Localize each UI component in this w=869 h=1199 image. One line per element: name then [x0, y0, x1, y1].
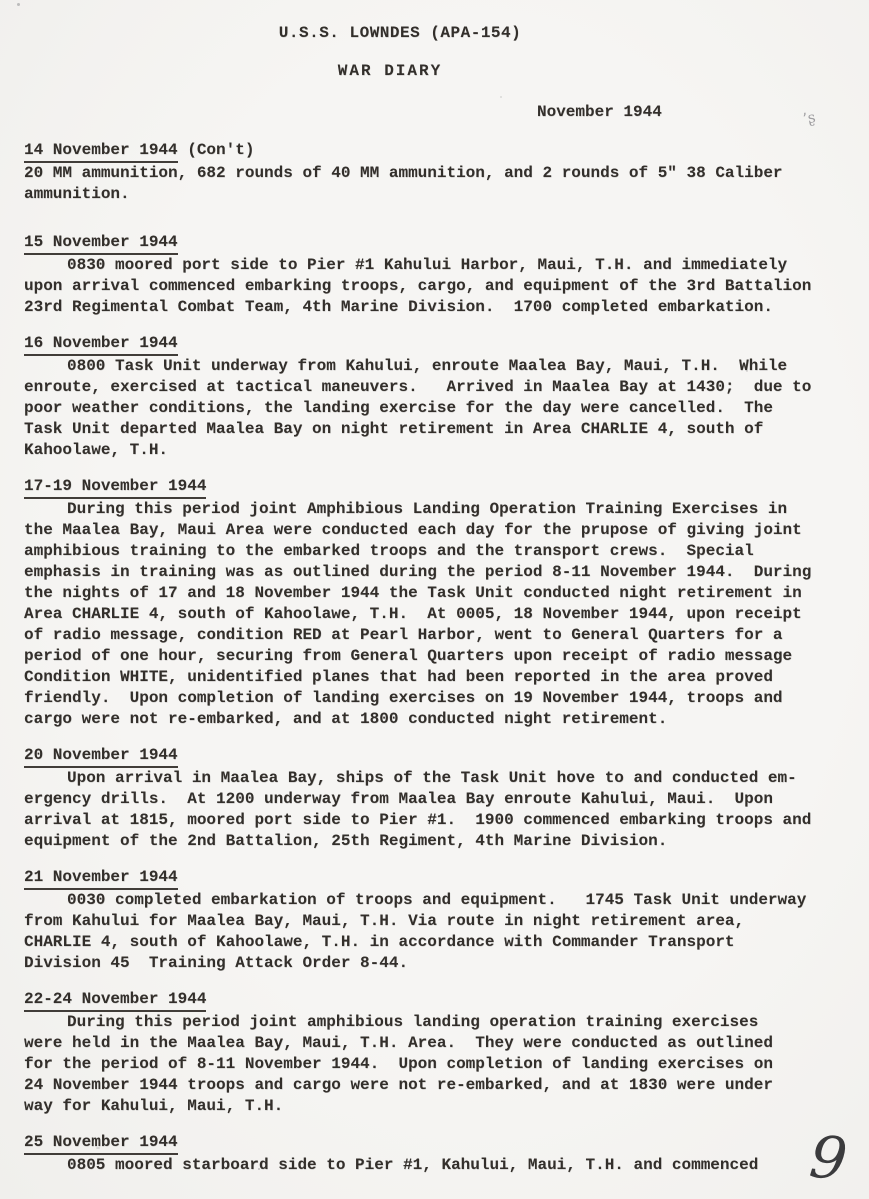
- document-title: U.S.S. LOWNDES (APA-154): [0, 24, 800, 42]
- entry-text-line: Division 45 Training Attack Order 8-44.: [24, 953, 853, 974]
- diary-entry: 25 November 19440805 moored starboard si…: [24, 1132, 853, 1176]
- diary-entry: 16 November 19440800 Task Unit underway …: [24, 333, 853, 461]
- entry-text-line: Area CHARLIE 4, south of Kahoolawe, T.H.…: [24, 604, 853, 625]
- entry-text-line: cargo were not re-embarked, and at 1800 …: [24, 709, 853, 730]
- entry-text-line: 23rd Regimental Combat Team, 4th Marine …: [24, 297, 853, 318]
- entry-date-heading: 14 November 1944: [24, 140, 178, 163]
- diary-entry: 21 November 19440030 completed embarkati…: [24, 867, 853, 974]
- entry-heading: 17-19 November 1944: [24, 476, 853, 499]
- document-subtitle: WAR DIARY: [0, 62, 780, 80]
- entry-text-line: for the period of 8-11 November 1944. Up…: [24, 1054, 853, 1075]
- entry-text-line: arrival at 1815, moored port side to Pie…: [24, 810, 853, 831]
- entry-heading-suffix: (Con't): [178, 141, 255, 159]
- entry-text-line: 0030 completed embarkation of troops and…: [24, 890, 853, 911]
- scan-speck: [258, 1168, 260, 1170]
- entry-text-line: Kahoolawe, T.H.: [24, 440, 853, 461]
- diary-entries: 14 November 1944 (Con't)20 MM ammunition…: [24, 140, 853, 1176]
- entry-text-line: enroute, exercised at tactical maneuvers…: [24, 377, 853, 398]
- entry-date-heading: 22-24 November 1944: [24, 989, 206, 1012]
- entry-date-heading: 21 November 1944: [24, 867, 178, 890]
- scan-speck: [746, 370, 748, 372]
- diary-entry: 22-24 November 1944During this period jo…: [24, 989, 853, 1117]
- entry-text-line: poor weather conditions, the landing exe…: [24, 398, 853, 419]
- entry-text-line: ergency drills. At 1200 underway from Ma…: [24, 789, 853, 810]
- entry-text-line: were held in the Maalea Bay, Maui, T.H. …: [24, 1033, 853, 1054]
- scanned-war-diary-page: U.S.S. LOWNDES (APA-154) WAR DIARY Novem…: [0, 0, 869, 1199]
- handwritten-page-number: 9: [807, 1122, 851, 1193]
- entry-date-heading: 17-19 November 1944: [24, 476, 206, 499]
- diary-entry: 14 November 1944 (Con't)20 MM ammunition…: [24, 140, 853, 205]
- scan-speck: [500, 96, 502, 98]
- entry-date-heading: 16 November 1944: [24, 333, 178, 356]
- entry-text-line: During this period joint amphibious land…: [24, 1012, 853, 1033]
- entry-date-heading: 25 November 1944: [24, 1132, 178, 1155]
- entry-heading: 20 November 1944: [24, 745, 853, 768]
- entry-heading: 25 November 1944: [24, 1132, 853, 1155]
- entry-date-heading: 20 November 1944: [24, 745, 178, 768]
- entry-text-line: friendly. Upon completion of landing exe…: [24, 688, 853, 709]
- entry-text-line: equipment of the 2nd Battalion, 25th Reg…: [24, 831, 853, 852]
- scan-speck: [17, 3, 20, 6]
- entry-text-line: 20 MM ammunition, 682 rounds of 40 MM am…: [24, 163, 853, 184]
- entry-heading: 14 November 1944 (Con't): [24, 140, 853, 163]
- entry-text-line: 24 November 1944 troops and cargo were n…: [24, 1075, 853, 1096]
- entry-text-line: 0830 moored port side to Pier #1 Kahului…: [24, 255, 853, 276]
- entry-text-line: the Maalea Bay, Maui Area were conducted…: [24, 520, 853, 541]
- entry-heading: 15 November 1944: [24, 232, 853, 255]
- entry-text-line: 0800 Task Unit underway from Kahului, en…: [24, 356, 853, 377]
- entry-text-line: During this period joint Amphibious Land…: [24, 499, 853, 520]
- entry-text-line: the nights of 17 and 18 November 1944 th…: [24, 583, 853, 604]
- entry-heading: 21 November 1944: [24, 867, 853, 890]
- entry-text-line: Upon arrival in Maalea Bay, ships of the…: [24, 768, 853, 789]
- entry-text-line: Task Unit departed Maalea Bay on night r…: [24, 419, 853, 440]
- entry-text-line: 0805 moored starboard side to Pier #1, K…: [24, 1155, 853, 1176]
- entry-text-line: emphasis in training was as outlined dur…: [24, 562, 853, 583]
- entry-text-line: amphibious training to the embarked troo…: [24, 541, 853, 562]
- document-dateline: November 1944: [537, 103, 662, 121]
- entry-text-line: CHARLIE 4, south of Kahoolawe, T.H. in a…: [24, 932, 853, 953]
- entry-text-line: way for Kahului, Maui, T.H.: [24, 1096, 853, 1117]
- entry-text-line: period of one hour, securing from Genera…: [24, 646, 853, 667]
- diary-entry: 15 November 19440830 moored port side to…: [24, 232, 853, 318]
- entry-heading: 16 November 1944: [24, 333, 853, 356]
- diary-entry: 20 November 1944Upon arrival in Maalea B…: [24, 745, 853, 852]
- entry-heading: 22-24 November 1944: [24, 989, 853, 1012]
- diary-entry: 17-19 November 1944During this period jo…: [24, 476, 853, 730]
- entry-text-line: of radio message, condition RED at Pearl…: [24, 625, 853, 646]
- pencil-mark: ’ʂ: [802, 111, 817, 126]
- entry-date-heading: 15 November 1944: [24, 232, 178, 255]
- scan-speck: [96, 1147, 100, 1149]
- entry-text-line: upon arrival commenced embarking troops,…: [24, 276, 853, 297]
- entry-text-line: ammunition.: [24, 184, 853, 205]
- entry-text-line: Condition WHITE, unidentified planes tha…: [24, 667, 853, 688]
- entry-text-line: from Kahului for Maalea Bay, Maui, T.H. …: [24, 911, 853, 932]
